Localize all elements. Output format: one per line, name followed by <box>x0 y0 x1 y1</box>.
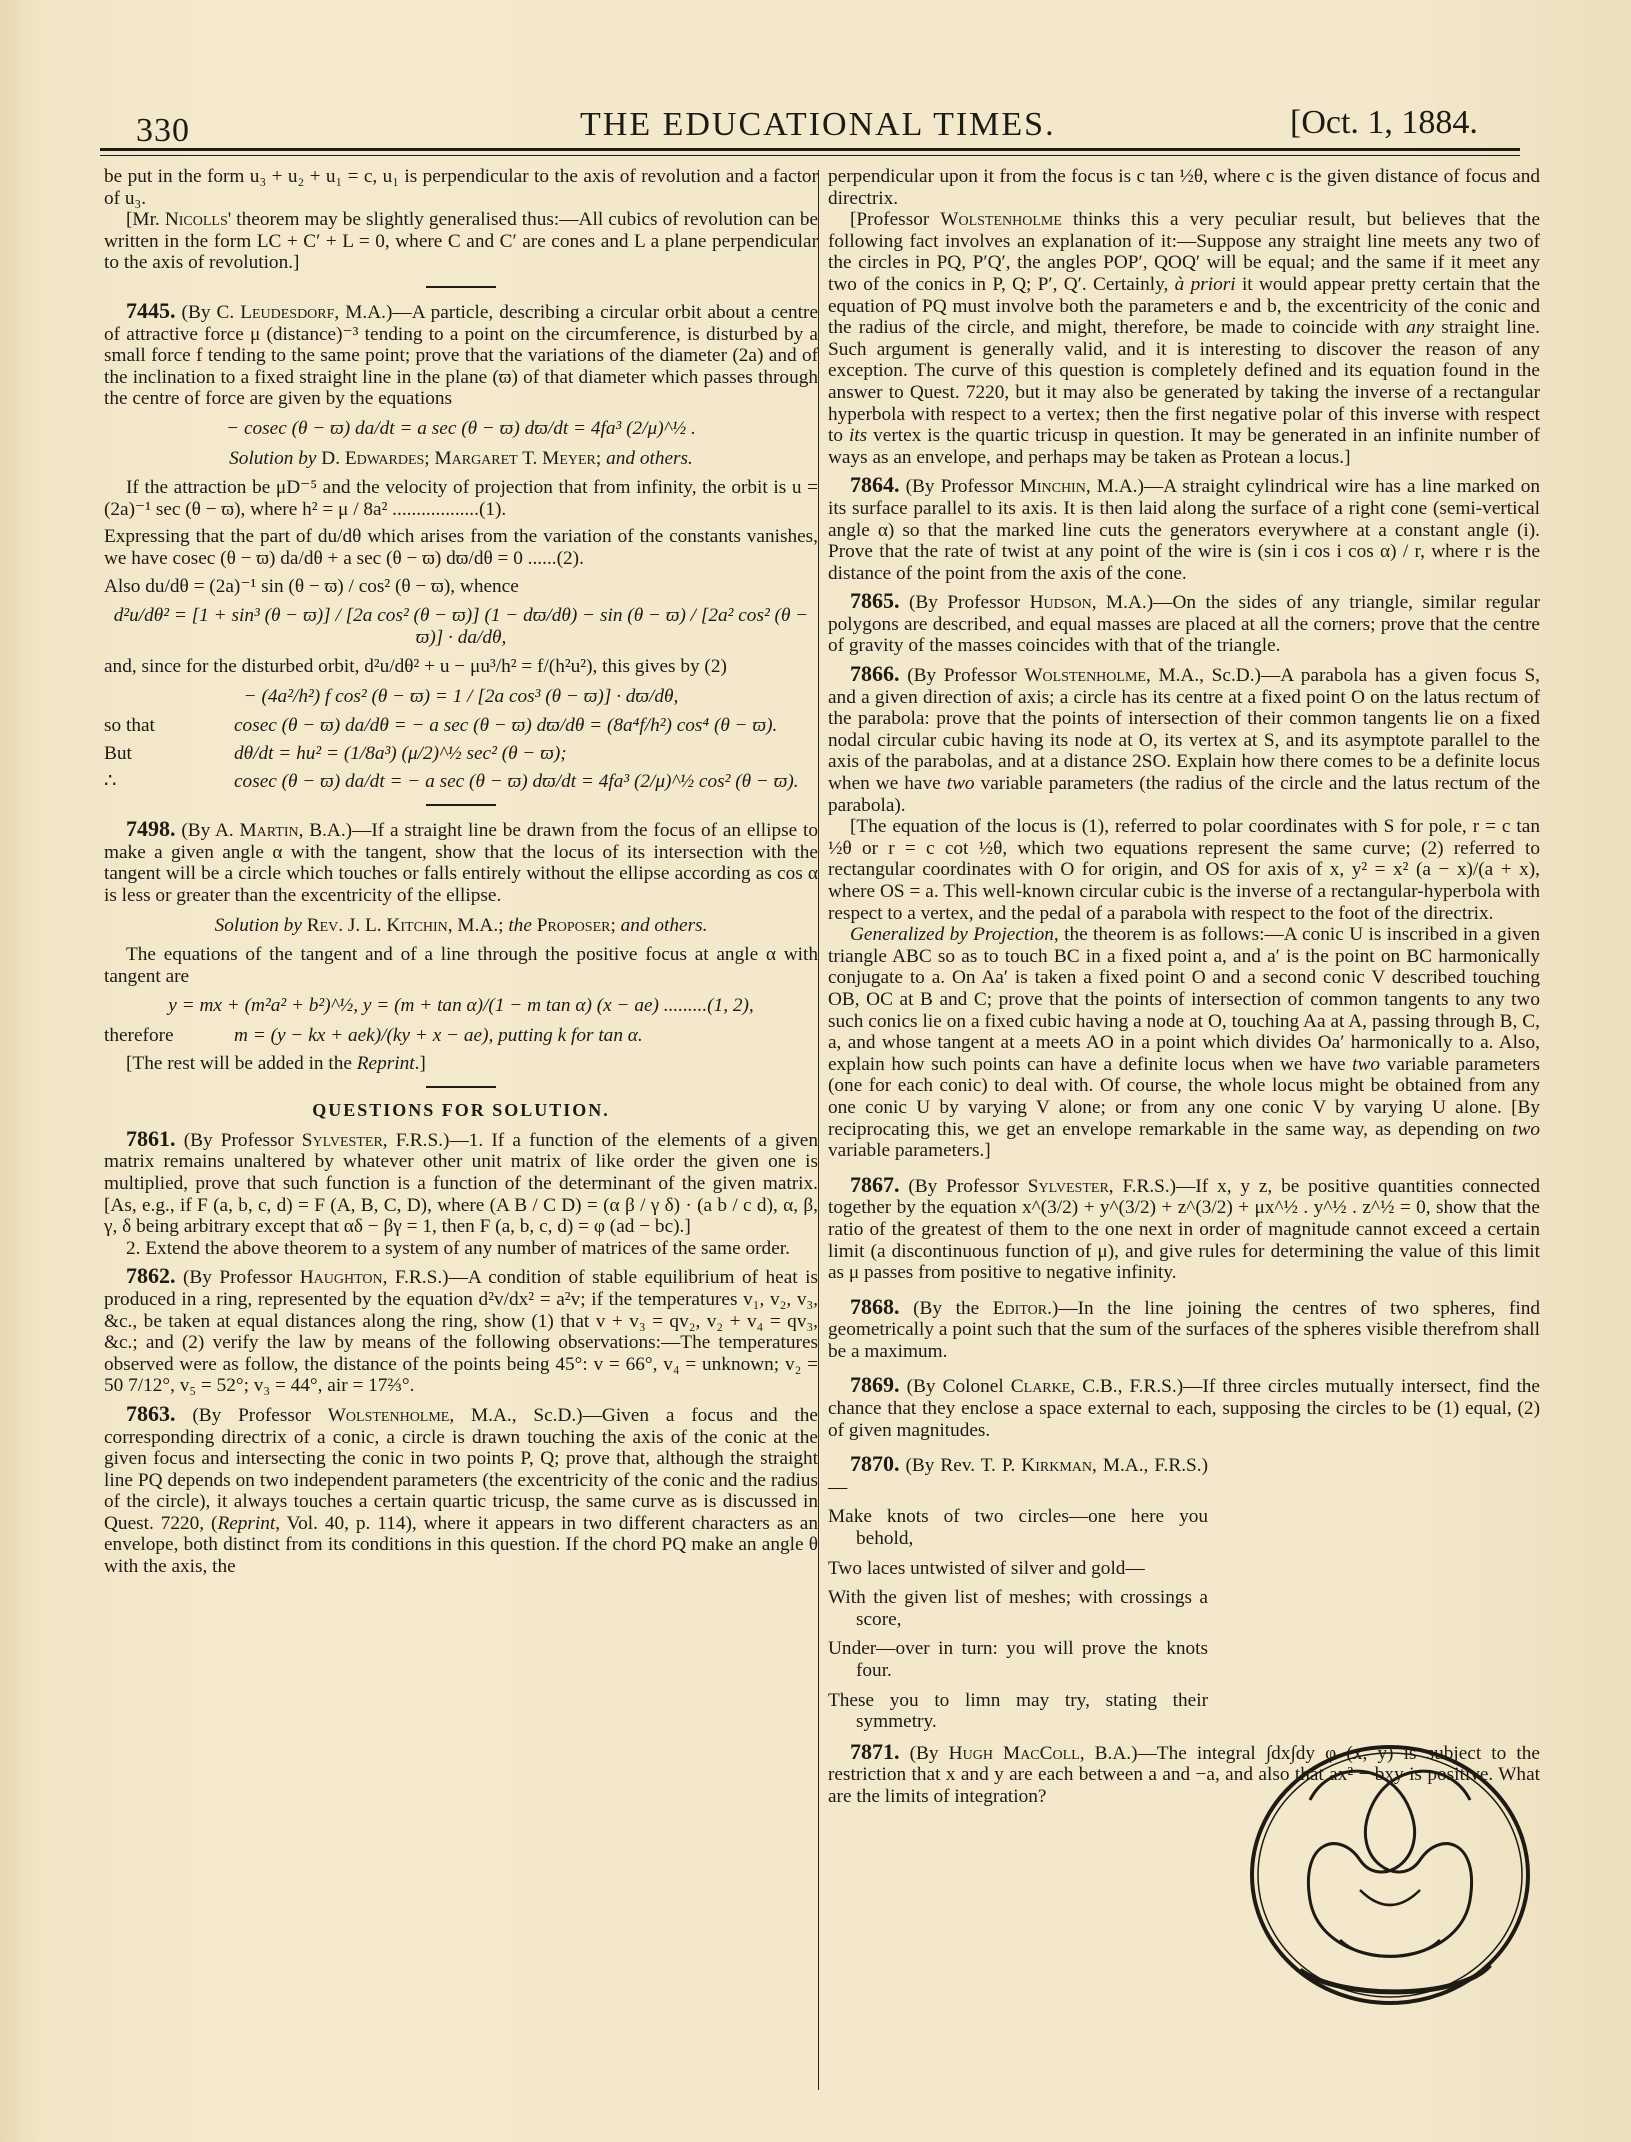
section-separator <box>426 1086 496 1088</box>
question-7867: 7867. (By Professor Sylvester, F.R.S.)—I… <box>828 1174 1540 1284</box>
author-name: Nicolls <box>165 209 228 230</box>
author-name: Kirkman <box>1021 1455 1092 1476</box>
question-7865: 7865. (By Professor Hudson, M.A.)—On the… <box>828 590 1540 657</box>
question-7870: 7870. (By Rev. T. P. Kirkman, M.A., F.R.… <box>828 1453 1208 1733</box>
solution-paragraph: The equations of the tangent and of a li… <box>104 944 818 987</box>
equation-row: thereforem = (y − kx + aek)/(ky + x − ae… <box>104 1025 818 1047</box>
question-number: 7864. <box>850 472 900 497</box>
question-number: 7869. <box>850 1372 900 1397</box>
question-7863: 7863. (By Professor Wolstenholme, M.A., … <box>104 1403 818 1578</box>
question-7866: 7866. (By Professor Wolstenholme, M.A., … <box>828 663 1540 816</box>
solution-paragraph: and, since for the disturbed orbit, d²u/… <box>104 656 818 678</box>
author-name: Hudson <box>1030 592 1092 613</box>
question-7861: 7861. (By Professor Sylvester, F.R.S.)—1… <box>104 1128 818 1238</box>
editorial-note: [Professor Wolstenholme thinks this a ve… <box>828 209 1540 468</box>
reprint-note: [The rest will be added in the Reprint.] <box>104 1053 818 1075</box>
question-number: 7870. <box>850 1451 900 1476</box>
question-7869: 7869. (By Colonel Clarke, C.B., F.R.S.)—… <box>828 1374 1540 1441</box>
intro-note: [Mr. Nicolls' theorem may be slightly ge… <box>104 209 818 274</box>
author-name: Wolstenholme <box>328 1405 450 1426</box>
column-divider <box>818 170 819 2090</box>
poem-line: Under—over in turn: you will prove the k… <box>828 1638 1208 1681</box>
question-7868: 7868. (By the Editor.)—In the line joini… <box>828 1296 1540 1363</box>
section-separator <box>426 804 496 806</box>
equation: m = (y − kx + aek)/(ky + x − ae), puttin… <box>234 1025 643 1047</box>
author-name: Wolstenholme <box>1024 665 1146 686</box>
question-7498: 7498. (By A. Martin, B.A.)—If a straight… <box>104 818 818 906</box>
question-number: 7863. <box>126 1401 176 1426</box>
question-number: 7445. <box>126 298 176 323</box>
equation: d²u/dθ² = [1 + sin³ (θ − ϖ)] / [2a cos² … <box>104 605 818 648</box>
poem-line: Make knots of two circles—one here you b… <box>828 1506 1208 1549</box>
intro-paragraph: be put in the form u₃ + u₂ + u₁ = c, u₁ … <box>104 166 818 209</box>
masthead-title: THE EDUCATIONAL TIMES. <box>580 106 1056 144</box>
question-7445: 7445. (By C. Leudesdorf, M.A.)—A particl… <box>104 300 818 410</box>
author-name: Sylvester <box>1028 1176 1109 1197</box>
question-number: 7862. <box>126 1263 176 1288</box>
right-column: perpendicular upon it from the focus is … <box>828 166 1540 1808</box>
page-number: 330 <box>136 112 190 150</box>
poem-line: Two laces untwisted of silver and gold— <box>828 1558 1208 1580</box>
generalization-note: Generalized by Projection, the theorem i… <box>828 924 1540 1162</box>
question-number: 7868. <box>850 1294 900 1319</box>
author-name: Haughton <box>300 1267 383 1288</box>
question-number: 7867. <box>850 1172 900 1197</box>
section-separator <box>426 286 496 288</box>
author-name: Clarke <box>1011 1376 1071 1397</box>
left-column: be put in the form u₃ + u₂ + u₁ = c, u₁ … <box>104 166 818 1578</box>
author-name: Wolstenholme <box>940 209 1062 230</box>
question-number: 7498. <box>126 816 176 841</box>
editorial-note: [The equation of the locus is (1), refer… <box>828 816 1540 924</box>
header-rule-thick <box>100 148 1520 151</box>
equation: cosec (θ − ϖ) da/dθ = − a sec (θ − ϖ) dϖ… <box>234 715 777 737</box>
newspaper-page: 330 THE EDUCATIONAL TIMES. [Oct. 1, 1884… <box>0 0 1631 2142</box>
equation: − cosec (θ − ϖ) da/dt = a sec (θ − ϖ) dϖ… <box>104 418 818 440</box>
question-number: 7866. <box>850 661 900 686</box>
section-heading: QUESTIONS FOR SOLUTION. <box>104 1100 818 1122</box>
solution-paragraph: Also du/dθ = (2a)⁻¹ sin (θ − ϖ) / cos² (… <box>104 576 818 598</box>
knot-diagram-figure <box>1240 1740 1540 2010</box>
header-rule-thin <box>100 155 1520 156</box>
solution-paragraph: If the attraction be μD⁻⁵ and the veloci… <box>104 477 818 520</box>
solution-byline: Solution by Rev. J. L. Kitchin, M.A.; th… <box>104 915 818 937</box>
question-number: 7861. <box>126 1126 176 1151</box>
author-name: Editor <box>993 1298 1047 1319</box>
question-7864: 7864. (By Professor Minchin, M.A.)—A str… <box>828 474 1540 584</box>
question-number: 7865. <box>850 588 900 613</box>
solution-paragraph: Expressing that the part of du/dθ which … <box>104 526 818 569</box>
question-part: 2. Extend the above theorem to a system … <box>104 1238 818 1260</box>
author-name: Minchin <box>1020 476 1086 497</box>
question-number: 7871. <box>850 1739 900 1764</box>
equation: cosec (θ − ϖ) da/dt = − a sec (θ − ϖ) dϖ… <box>234 771 799 793</box>
solution-byline: Solution by D. Edwardes; Margaret T. Mey… <box>104 448 818 470</box>
equation: − (4a²/h²) f cos² (θ − ϖ) = 1 / [2a cos³… <box>104 686 818 708</box>
equation-row: ∴cosec (θ − ϖ) da/dt = − a sec (θ − ϖ) d… <box>104 771 818 793</box>
author-name: Sylvester <box>302 1130 383 1151</box>
author-name: Leudesdorf <box>240 302 334 323</box>
poem-line: These you to limn may try, stating their… <box>828 1690 1208 1733</box>
equation: dθ/dt = hu² = (1/8a³) (μ/2)^½ sec² (θ − … <box>234 743 567 765</box>
author-name: Martin <box>240 820 299 841</box>
equation-row: Butdθ/dt = hu² = (1/8a³) (μ/2)^½ sec² (θ… <box>104 743 818 765</box>
issue-date: [Oct. 1, 1884. <box>1290 104 1478 142</box>
equation: y = mx + (m²a² + b²)^½, y = (m + tan α)/… <box>104 995 818 1017</box>
page-header: 330 THE EDUCATIONAL TIMES. [Oct. 1, 1884… <box>100 100 1520 150</box>
equation-row: so thatcosec (θ − ϖ) da/dθ = − a sec (θ … <box>104 715 818 737</box>
question-7862: 7862. (By Professor Haughton, F.R.S.)—A … <box>104 1265 818 1397</box>
poem-line: With the given list of meshes; with cros… <box>828 1587 1208 1630</box>
question-7863-continued: perpendicular upon it from the focus is … <box>828 166 1540 209</box>
author-name: Hugh MacColl <box>949 1743 1080 1764</box>
